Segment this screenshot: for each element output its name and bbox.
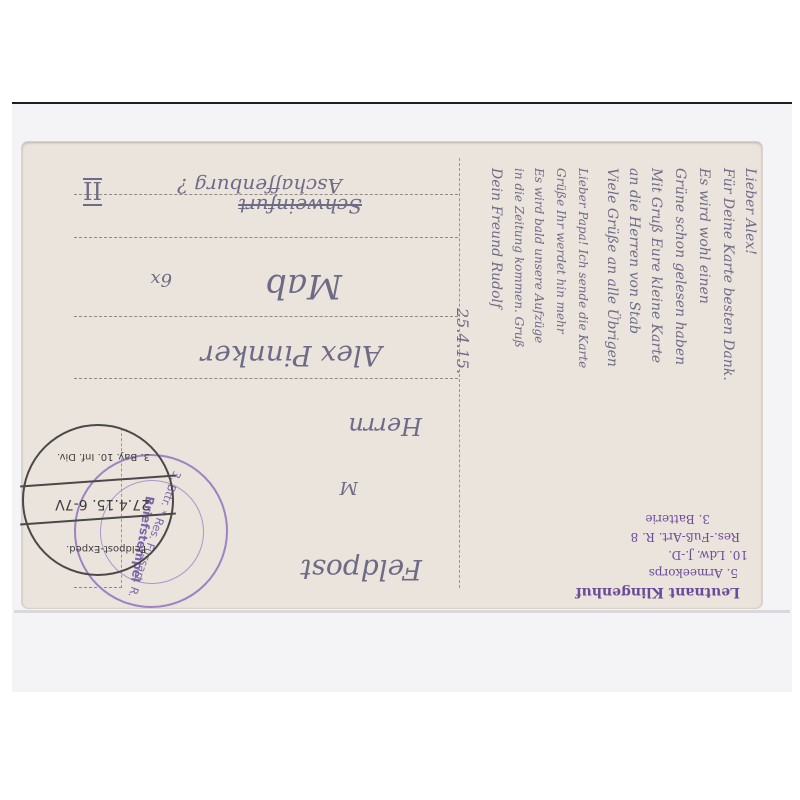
feldpost-cancel-top: Feldpost-Exped. (66, 543, 146, 554)
message-line: Viele Grüße an alle Übrigen (604, 168, 620, 367)
message-line: Mit Gruß Eure kleine Karte (648, 168, 664, 363)
recipient-city: Mab (265, 266, 342, 306)
message-column-6: an die Herren von Stab (626, 168, 642, 334)
address-line-3 (74, 237, 458, 238)
message-column-12: Dein Freund Rudolf (488, 168, 504, 308)
sender-stamp-line-2: 5. Armeekorps (649, 566, 738, 580)
message-column-3: Es wird wohl einen (696, 168, 712, 304)
message-line: in die Zeitung kommen. Gruß (512, 168, 526, 348)
feldpost-cancel-bottom: 3. Bay. 10. Inf. Div. (57, 451, 150, 462)
recipient-title: Herrn (348, 412, 422, 440)
message-column-11: in die Zeitung kommen. Gruß (512, 168, 526, 348)
message-column-9: Grüße Ihr werdet hin mehr (554, 168, 568, 334)
message-column-4: Grüne schon gelesen haben (672, 168, 688, 365)
message-column-7: Viele Grüße an alle Übrigen (604, 168, 620, 367)
date-handwritten: 25.4.15. (453, 308, 472, 374)
mark-handwritten: M (340, 477, 358, 498)
message-line: Grüße Ihr werdet hin mehr (554, 168, 568, 334)
postcard-upright-frame: Leutnant Klingenhuf 5. Armeekorps 10. Ld… (22, 142, 762, 608)
message-line: Grüne schon gelesen haben (672, 168, 688, 365)
message-line: Dein Freund Rudolf (488, 168, 504, 308)
sender-stamp-line-4: Res.-Fuß-Art. R. 8 (631, 530, 740, 544)
feldpost-cancel: 27.4.15. 6-7V Feldpost-Exped. 3. Bay. 10… (22, 424, 174, 576)
message-column-2: Für Deine Karte besten Dank. (720, 168, 736, 381)
address-line-1 (74, 378, 458, 379)
address-count: 6x (150, 269, 172, 290)
message-column-10: Es wird bald unsere Aufzüge (532, 168, 546, 343)
message-line: Es wird wohl einen (696, 168, 712, 304)
message-column-5: Mit Gruß Eure kleine Karte (648, 168, 664, 363)
address-line-2 (74, 316, 458, 317)
mat-shadow (14, 610, 790, 613)
recipient-name: Alex Pinnker (201, 339, 382, 372)
message-line: Lieber Papa! Ich sende die Karte (576, 168, 590, 368)
address-destination: Aschaffenburg ? (177, 174, 342, 198)
postcard: Leutnant Klingenhuf 5. Armeekorps 10. Ld… (22, 142, 762, 608)
sender-stamp-line-5: 3. Batterie (645, 512, 710, 526)
message-line: Es wird bald unsere Aufzüge (532, 168, 546, 343)
message-column-8: Lieber Papa! Ich sende die Karte (576, 168, 590, 368)
message-line: Lieber Alex! (742, 168, 758, 255)
feldpost-cancel-date: 27.4.15. 6-7V (55, 496, 150, 512)
sender-stamp-line-3: 10. Ldw. J.-D. (668, 548, 748, 562)
sender-stamp-line-1: Leutnant Klingenhuf (576, 584, 740, 600)
message-line: Für Deine Karte besten Dank. (720, 168, 736, 381)
message-line: an die Herren von Stab (626, 168, 642, 334)
feldpost-label: Feldpost (300, 553, 422, 586)
message-block: Lieber Alex! (738, 168, 758, 468)
roman-numeral: II (83, 176, 102, 204)
